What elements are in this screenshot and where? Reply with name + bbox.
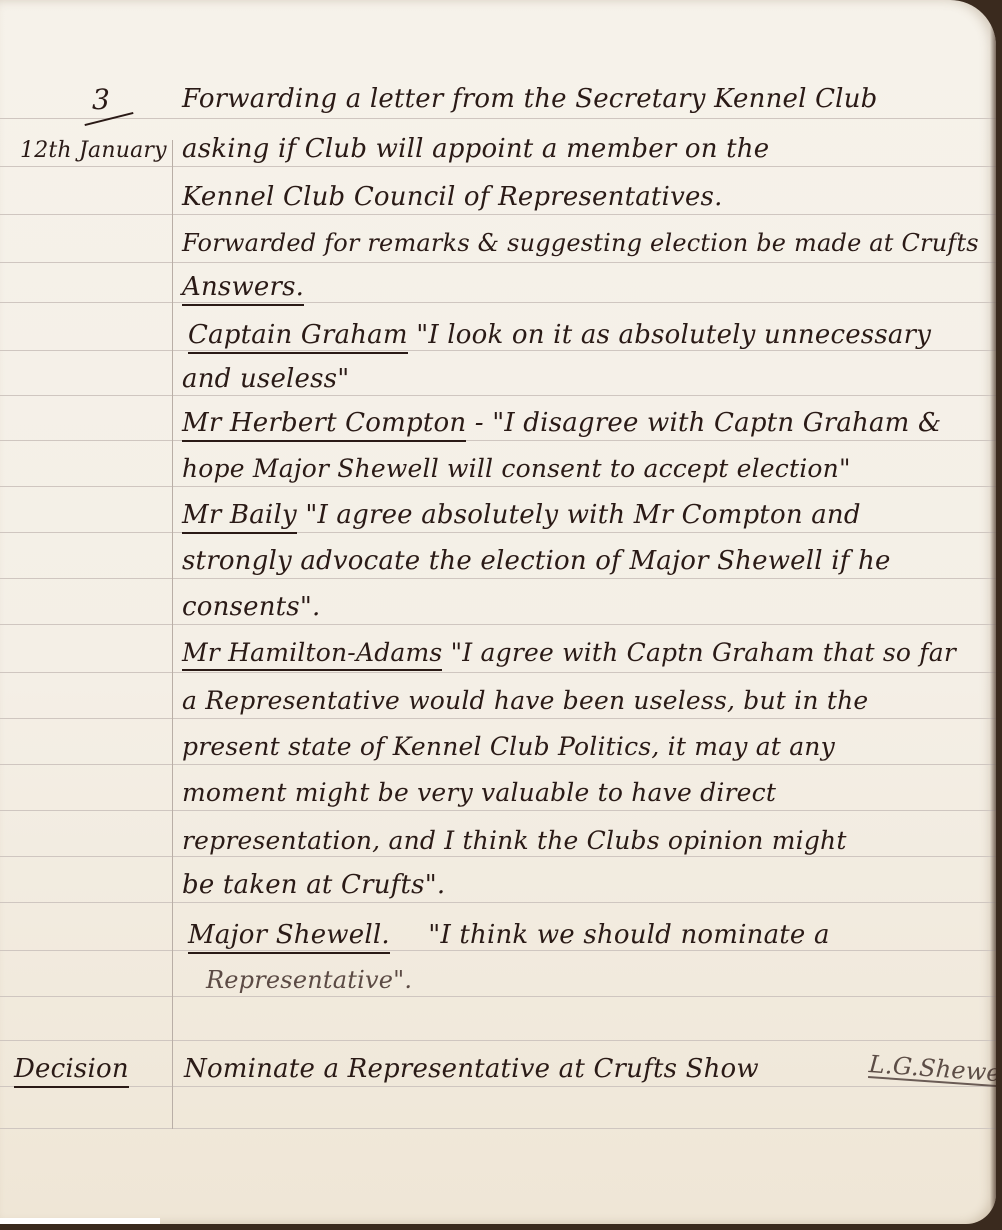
ruled-line [0,166,996,167]
speaker-name: Mr Hamilton-Adams [182,638,442,671]
answer-text: be taken at Crufts". [182,872,445,898]
answer-text: "I agree absolutely with Mr Compton and [305,500,860,530]
page-edge-shadow [990,0,996,1224]
ruled-line [0,118,996,119]
answer-text: hope Major Shewell will consent to accep… [182,456,851,481]
ruled-line [0,1128,996,1129]
ruled-line [0,950,996,951]
ruled-line [0,262,996,263]
ruled-line [0,214,996,215]
answer-text: - "I disagree with Captn Graham & [475,408,942,438]
minute-book-page: 3 12th January Forwarding a letter from … [0,0,996,1224]
speaker-name: Mr Baily [182,500,297,534]
body-line: Forwarding a letter from the Secretary K… [182,86,877,112]
ruled-line [0,810,996,811]
ruled-line [0,764,996,765]
answer-text: moment might be very valuable to have di… [182,780,776,805]
ruled-line [0,624,996,625]
ruled-line [0,578,996,579]
answer-text: "I agree with Captn Graham that so far [451,638,956,667]
ruled-line [0,1040,996,1041]
answer-line: Mr Herbert Compton - "I disagree with Ca… [182,410,941,436]
answer-text: strongly advocate the election of Major … [182,548,891,574]
ruled-line [0,350,996,351]
ruled-line [0,996,996,997]
answer-text: "I think we should nominate a [428,920,829,950]
answer-text: representation, and I think the Clubs op… [182,828,847,853]
ruled-line [0,718,996,719]
ruled-line [0,486,996,487]
answer-line: Mr Baily "I agree absolutely with Mr Com… [182,502,861,528]
answers-heading: Answers. [182,274,304,300]
answer-text: consents". [182,594,320,620]
ruled-line [0,395,996,396]
speaker-name: Captain Graham [188,320,408,354]
entry-date: 12th January [20,140,167,162]
answer-text: and useless" [182,366,349,392]
answer-text: "I look on it as absolutely unnecessary [416,320,931,350]
decision-label: Decision [14,1054,129,1088]
speaker-name: Major Shewell. [188,920,390,954]
answer-text: a Representative would have been useless… [182,688,868,713]
margin-line [172,140,173,1129]
ruled-line [0,1086,996,1087]
answers-label: Answers. [182,272,304,306]
answer-line: Major Shewell. "I think we should nomina… [188,922,830,948]
answer-text: present state of Kennel Club Politics, i… [182,734,835,759]
speaker-name: Mr Herbert Compton [182,408,466,442]
ruled-line [0,440,996,441]
body-line: Kennel Club Council of Representatives. [182,184,723,210]
answer-line: Captain Graham "I look on it as absolute… [188,322,931,348]
ruled-line [0,302,996,303]
decision-label-wrap: Decision [14,1056,129,1082]
signature: L.G.Shewell [868,1052,996,1088]
ruled-line [0,672,996,673]
answer-text: Representative". [206,968,412,992]
decision-text: Nominate a Representative at Crufts Show [184,1056,759,1082]
body-line: asking if Club will appoint a member on … [182,136,769,162]
entry-number: 3 [92,86,110,114]
bottom-strip [0,1218,160,1224]
ruled-line [0,856,996,857]
ruled-line [0,532,996,533]
answer-line: Mr Hamilton-Adams "I agree with Captn Gr… [182,640,956,665]
ruled-line [0,902,996,903]
body-line: Forwarded for remarks & suggesting elect… [182,231,979,255]
